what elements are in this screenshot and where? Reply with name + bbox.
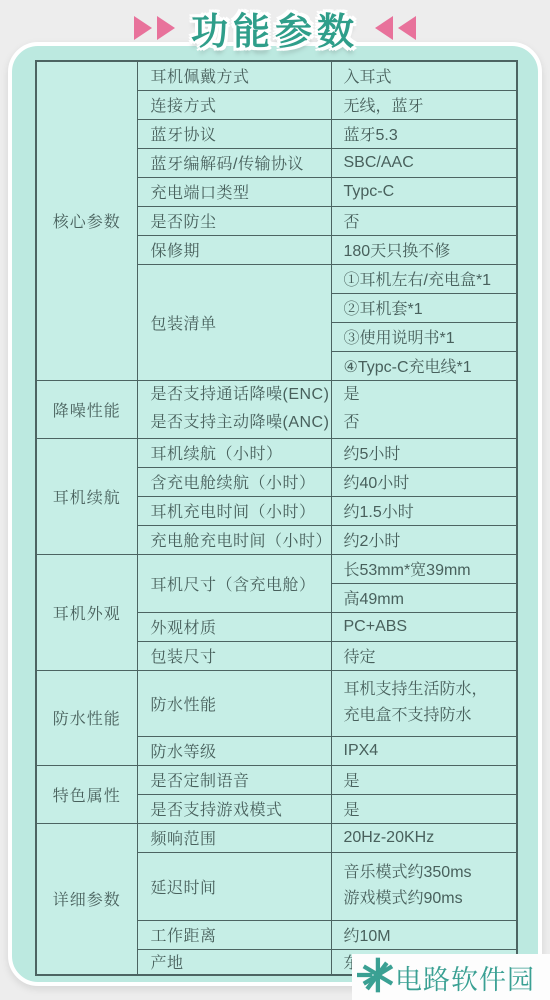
category-cell: 特色属性 <box>36 765 137 823</box>
table-row: 耳机外观 耳机尺寸（含充电舱） 长53mm*宽39mm <box>36 554 517 583</box>
value-cell: SBC/AAC <box>331 148 517 177</box>
value-cell: 待定 <box>331 641 517 670</box>
category-cell: 防水性能 <box>36 670 137 765</box>
watermark-logo-icon <box>357 956 395 999</box>
value-cell: 耳机支持生活防水， 充电盒不支持防水 <box>331 670 517 736</box>
param-cell: 是否支持通话降噪(ENC) 是否支持主动降噪(ANC) <box>137 380 331 438</box>
table-row: 核心参数 耳机佩戴方式 入耳式 <box>36 61 517 90</box>
value-cell: ②耳机套*1 <box>331 293 517 322</box>
table-row: 降噪性能 是否支持通话降噪(ENC) 是否支持主动降噪(ANC) 是 否 <box>36 380 517 438</box>
value-cell: 是 <box>331 794 517 823</box>
table-row: 特色属性 是否定制语音 是 <box>36 765 517 794</box>
page-title: 功能参数 <box>191 1 359 55</box>
double-arrow-right-icon <box>134 16 175 40</box>
param-cell: 保修期 <box>137 235 331 264</box>
value-cell: 否 <box>331 206 517 235</box>
double-arrow-left-icon <box>375 16 416 40</box>
value-cell: 是 <box>331 765 517 794</box>
value-cell: ③使用说明书*1 <box>331 322 517 351</box>
value-cell: 20Hz-20KHz <box>331 823 517 852</box>
value-cell: 180天只换不修 <box>331 235 517 264</box>
value-cell: 蓝牙5.3 <box>331 119 517 148</box>
param-cell: 包装清单 <box>137 264 331 380</box>
param-cell: 含充电舱续航（小时） <box>137 467 331 496</box>
value-cell: 是 否 <box>331 380 517 438</box>
value-cell: ④Typc-C充电线*1 <box>331 351 517 380</box>
param-cell: 延迟时间 <box>137 852 331 920</box>
arrow-right-icon <box>134 16 152 40</box>
header: 功能参数 <box>0 2 550 54</box>
param-cell: 是否防尘 <box>137 206 331 235</box>
value-cell: 约1.5小时 <box>331 496 517 525</box>
arrow-right-icon <box>157 16 175 40</box>
table-row: 详细参数 频响范围 20Hz-20KHz <box>36 823 517 852</box>
param-cell: 是否定制语音 <box>137 765 331 794</box>
category-cell: 核心参数 <box>36 61 137 380</box>
arrow-left-icon <box>398 16 416 40</box>
param-cell: 耳机尺寸（含充电舱） <box>137 554 331 612</box>
param-cell: 频响范围 <box>137 823 331 852</box>
param-cell: 连接方式 <box>137 90 331 119</box>
param-cell: 是否支持游戏模式 <box>137 794 331 823</box>
value-cell: 长53mm*宽39mm <box>331 554 517 583</box>
param-cell: 产地 <box>137 949 331 975</box>
param-cell: 防水性能 <box>137 670 331 736</box>
table-row: 耳机续航 耳机续航（小时） 约5小时 <box>36 438 517 467</box>
value-cell: IPX4 <box>331 736 517 765</box>
value-cell: PC+ABS <box>331 612 517 641</box>
param-cell: 外观材质 <box>137 612 331 641</box>
param-cell: 耳机续航（小时） <box>137 438 331 467</box>
value-cell: 约40小时 <box>331 467 517 496</box>
value-cell: 高49mm <box>331 583 517 612</box>
category-cell: 降噪性能 <box>36 380 137 438</box>
value-cell: 无线，蓝牙 <box>331 90 517 119</box>
value-cell: ①耳机左右/充电盒*1 <box>331 264 517 293</box>
category-cell: 耳机外观 <box>36 554 137 670</box>
value-cell: 音乐模式约350ms 游戏模式约90ms <box>331 852 517 920</box>
param-cell: 蓝牙协议 <box>137 119 331 148</box>
arrow-left-icon <box>375 16 393 40</box>
param-cell: 充电端口类型 <box>137 177 331 206</box>
spec-table: 核心参数 耳机佩戴方式 入耳式 连接方式 无线，蓝牙 蓝牙协议 蓝牙5.3 蓝牙… <box>35 60 518 976</box>
value-cell: 约10M <box>331 920 517 949</box>
param-cell: 工作距离 <box>137 920 331 949</box>
param-cell: 耳机佩戴方式 <box>137 61 331 90</box>
category-cell: 详细参数 <box>36 823 137 975</box>
param-cell: 防水等级 <box>137 736 331 765</box>
param-cell: 耳机充电时间（小时） <box>137 496 331 525</box>
value-cell: 约2小时 <box>331 525 517 554</box>
value-cell: Typc-C <box>331 177 517 206</box>
value-cell: 入耳式 <box>331 61 517 90</box>
param-cell: 包装尺寸 <box>137 641 331 670</box>
table-row: 防水性能 防水性能 耳机支持生活防水， 充电盒不支持防水 <box>36 670 517 736</box>
page: 功能参数 核心参数 耳机佩戴方式 入耳式 连接方式 无线，蓝牙 蓝牙协议 蓝牙5… <box>0 0 550 1000</box>
value-cell: 约5小时 <box>331 438 517 467</box>
watermark-text: 电路软件园 <box>395 958 535 997</box>
param-cell: 蓝牙编解码/传输协议 <box>137 148 331 177</box>
category-cell: 耳机续航 <box>36 438 137 554</box>
param-cell: 充电舱充电时间（小时） <box>137 525 331 554</box>
watermark: 电路软件园 <box>352 954 550 1000</box>
